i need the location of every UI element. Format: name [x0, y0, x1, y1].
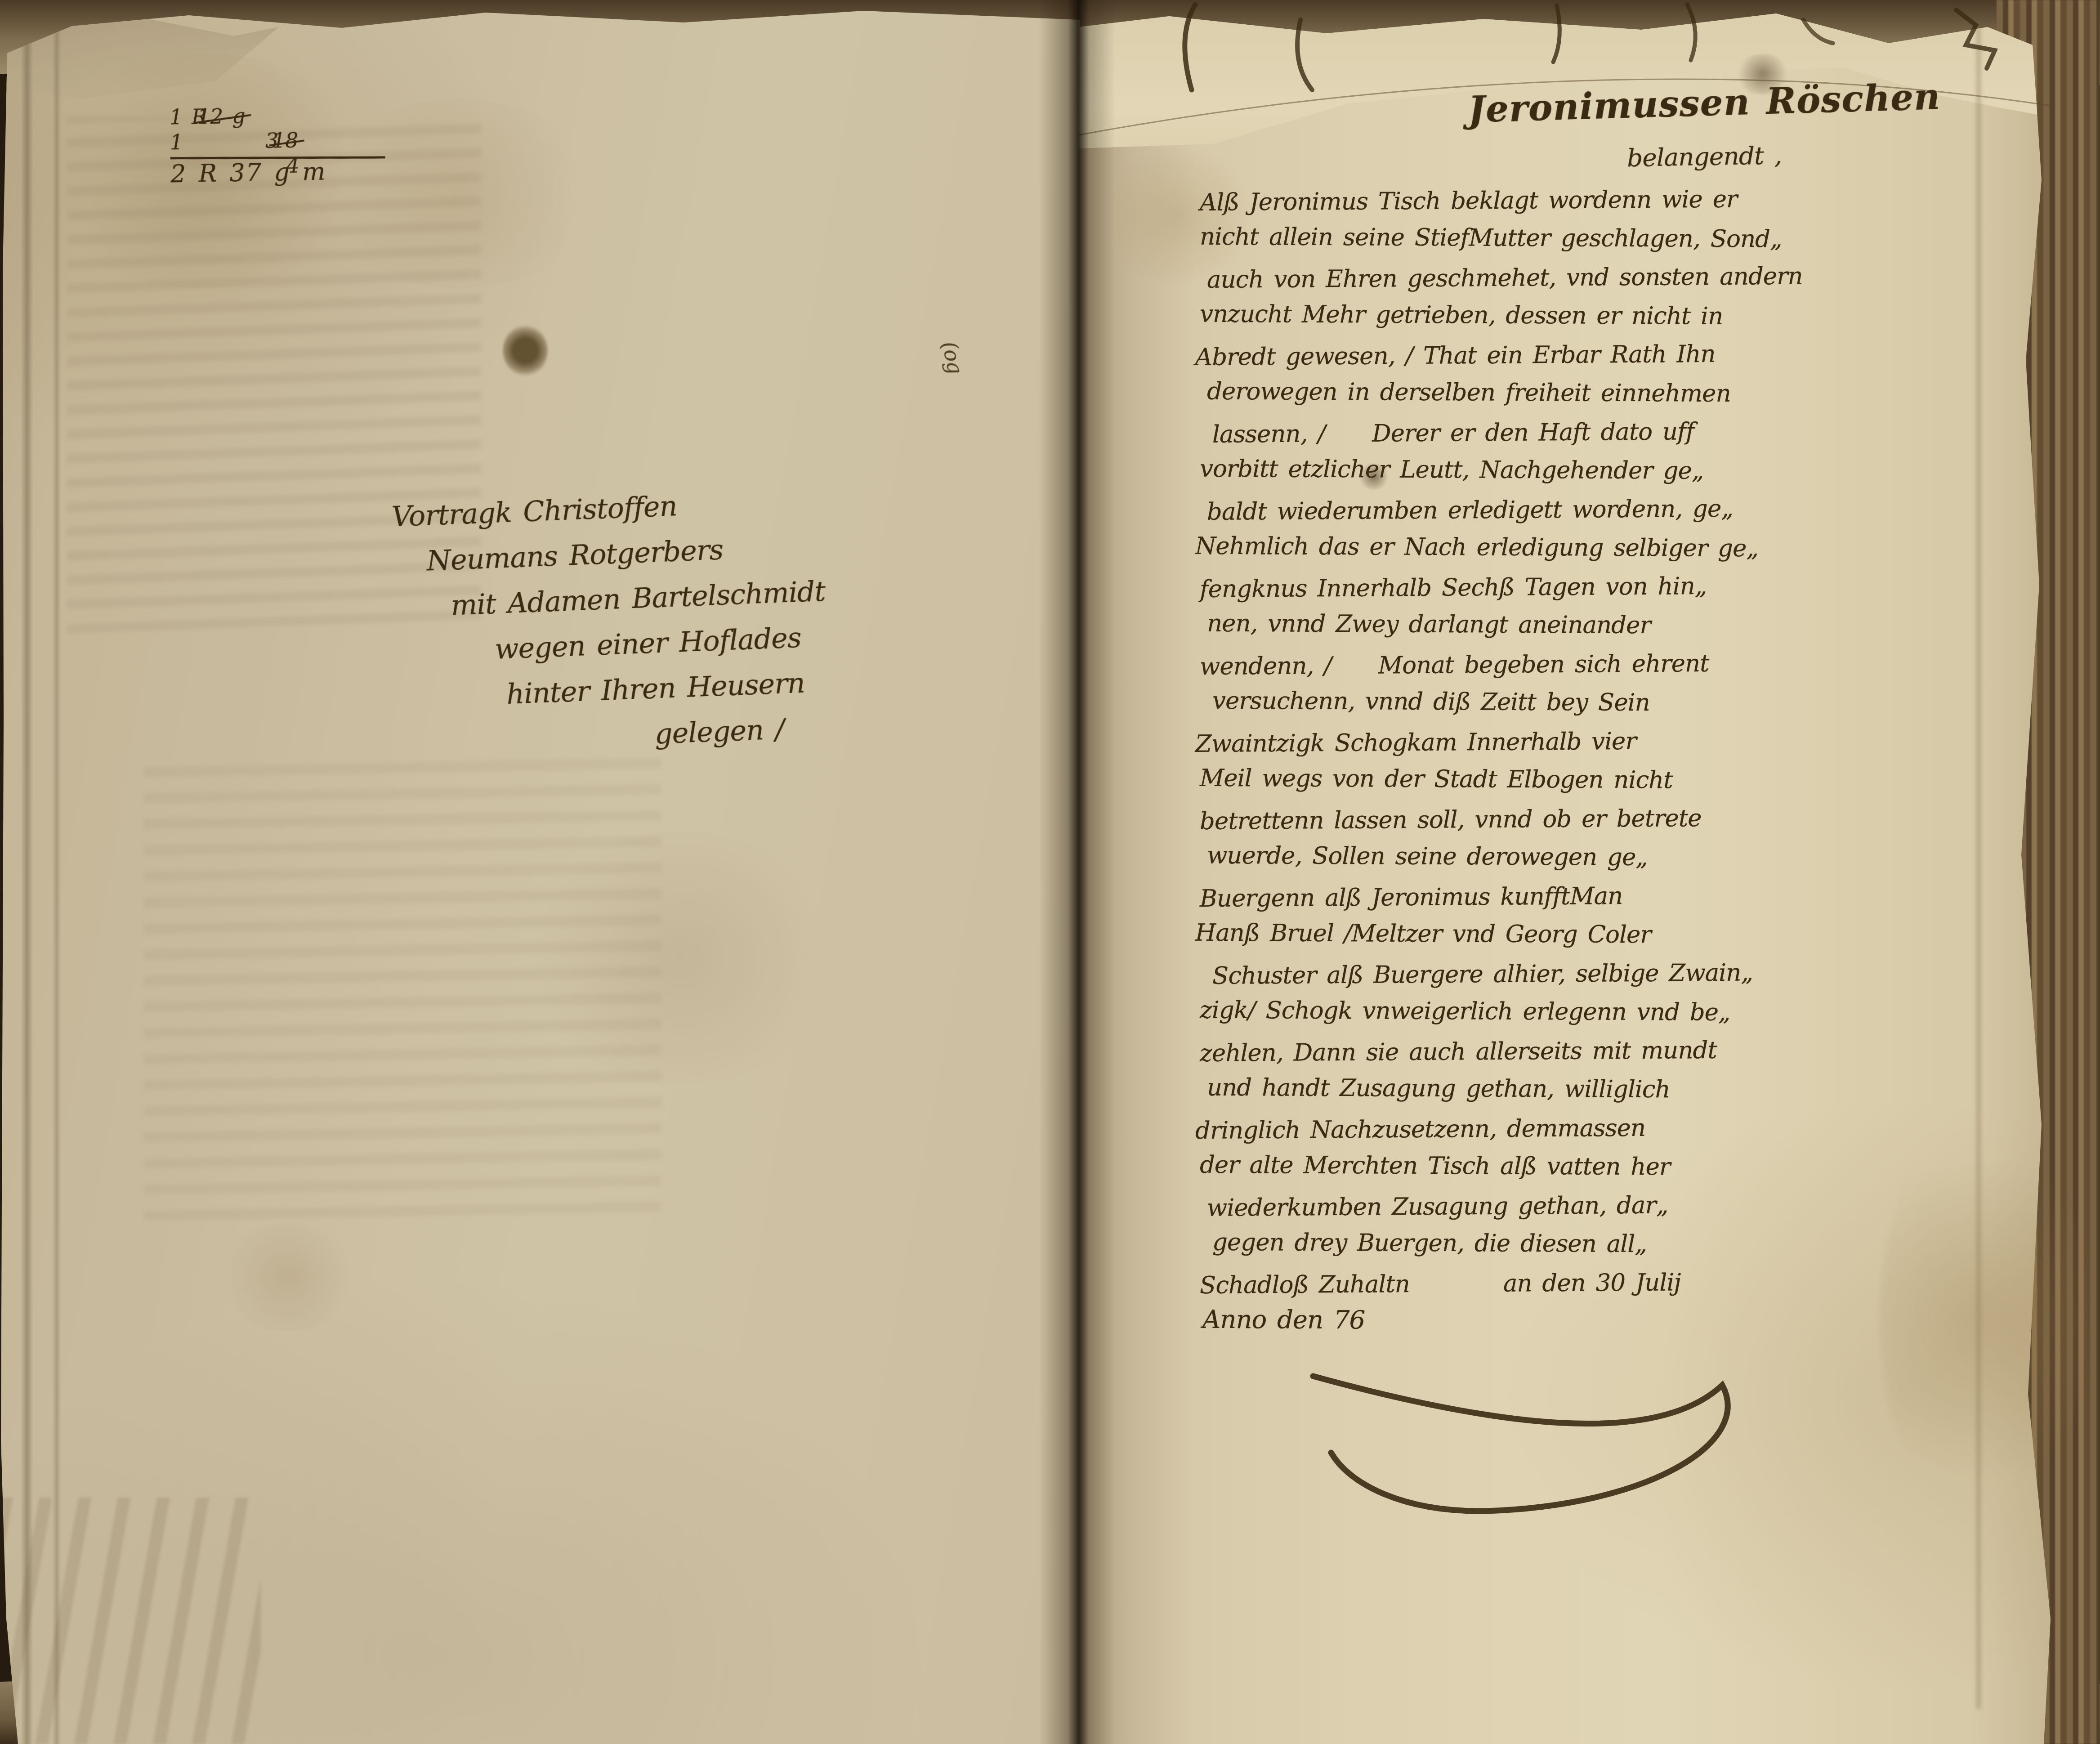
text-line: wuerde, Sollen seine derowegen ge„ — [1207, 836, 2068, 879]
text-line: Meil wegs von der Stadt Elbogen nicht — [1200, 759, 2068, 801]
text-line: wiederkumben Zusagung gethan, dar„ — [1207, 1184, 2068, 1228]
calc-line-3: 18 — [272, 125, 404, 153]
text-line: vorbitt etzlicher Leutt, Nachgehender ge… — [1200, 450, 2068, 492]
book-spine-gutter — [1039, 0, 1115, 1744]
text-line: dringlich Nachzusetzenn, demmassen — [1195, 1106, 2068, 1150]
ink-blot — [503, 325, 548, 376]
case-title-note: Vortragk ChristoffenNeumans Rotgerbersmi… — [391, 467, 1111, 766]
calc-amount-struck: 18 — [272, 128, 298, 153]
text-line: lassenn, / Derer er den Haft dato uff — [1212, 410, 2068, 454]
text-line: Schadloß Zuhaltn an den 30 Julij — [1200, 1261, 2068, 1305]
paper-stain — [216, 1223, 360, 1331]
text-line: Buergenn alß Jeronimus kunfftMan — [1200, 874, 2068, 918]
text-line: nicht allein seine StiefMutter geschlage… — [1200, 218, 2068, 260]
text-line: baldt wiederumben erledigett wordenn, ge… — [1207, 487, 2068, 532]
text-line: wendenn, / Monat begeben sich ehrent — [1200, 642, 2068, 686]
paper-stain — [517, 832, 841, 1084]
page-crease — [21, 0, 33, 1744]
text-line: fengknus Innerhalb Sechß Tagen von hin„ — [1200, 565, 2068, 609]
page-crease — [52, 0, 61, 1744]
text-line: Zwaintzigk Schogkam Innerhalb vier — [1195, 720, 2068, 764]
calc-amount: 1 — [170, 129, 197, 155]
manuscript-photo: 1 R 12 g 1 3 18 4 2 R 37 g m (og Vortrag… — [0, 0, 2100, 1744]
text-line: vnzucht Mehr getrieben, dessen er nicht … — [1200, 295, 2068, 337]
text-line: auch von Ehren geschmehet, vnd sonsten a… — [1207, 255, 2068, 300]
calc-amount-struck: 12 g — [197, 103, 245, 130]
calc-line-1: 1 R 12 g — [169, 100, 403, 130]
text-line: betrettenn lassen soll, vnnd ob er betre… — [1200, 797, 2068, 841]
text-line: gegen drey Buergen, die diesen all„ — [1212, 1223, 2068, 1266]
text-line: derowegen in derselben freiheit einnehme… — [1207, 372, 2068, 415]
text-line: versuchenn, vnnd diß Zeitt bey Sein — [1212, 682, 2068, 724]
arithmetic-note: 1 R 12 g 1 3 18 4 2 R 37 g m — [169, 100, 404, 187]
text-line: Hanß Bruel /Meltzer vnd Georg Coler — [1195, 914, 2068, 956]
text-line: der alte Merchten Tisch alß vatten her — [1200, 1146, 2068, 1188]
text-line: und handt Zusagung gethan, williglich — [1207, 1069, 2068, 1111]
text-line: zehlen, Dann sie auch allerseits mit mun… — [1200, 1029, 2068, 1073]
pen-flourish — [1169, 1318, 1889, 1529]
text-line: Alß Jeronimus Tisch beklagt wordenn wie … — [1200, 178, 2068, 222]
text-line: zigk/ Schogk vnweigerlich erlegenn vnd b… — [1200, 991, 2068, 1033]
text-line: Schuster alß Buergere alhier, selbige Zw… — [1212, 952, 2068, 996]
text-line: nen, vnnd Zwey darlangt aneinander — [1207, 604, 2068, 647]
text-line: Abredt gewesen, / That ein Erbar Rath Ih… — [1195, 333, 2068, 377]
paper-wrinkles — [0, 1498, 261, 1744]
entry-body-text: Alß Jeronimus Tisch beklagt wordenn wie … — [1200, 181, 2068, 1341]
text-line: Nehmlich das er Nach erledigung selbiger… — [1195, 527, 2068, 569]
